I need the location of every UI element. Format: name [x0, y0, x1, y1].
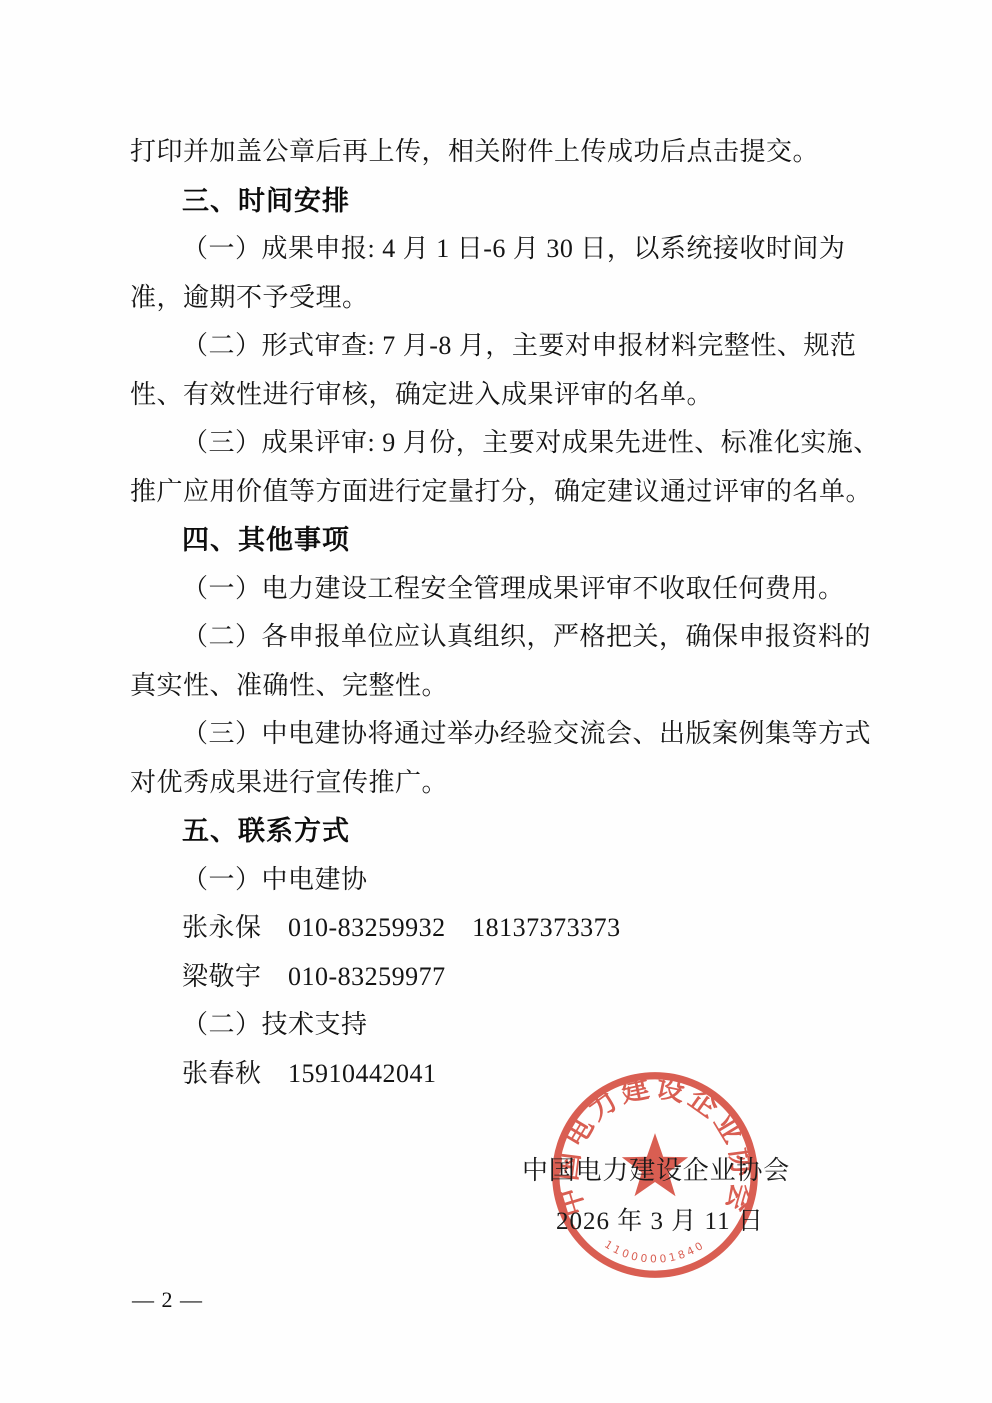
document-line: 打印并加盖公章后再上传，相关附件上传成功后点击提交。: [130, 128, 882, 177]
document-line: （二）技术支持: [130, 1001, 882, 1050]
document-line: （三）中电建协将通过举办经验交流会、出版案例集等方式: [130, 710, 882, 759]
document-line: 性、有效性进行审核，确定进入成果评审的名单。: [130, 371, 882, 420]
document-line: （三）成果评审: 9 月份，主要对成果先进性、标准化实施、: [130, 419, 882, 468]
document-line: （一）成果申报: 4 月 1 日-6 月 30 日，以系统接收时间为: [130, 225, 882, 274]
section-heading-4: 四、其他事项: [130, 516, 882, 565]
document-line: （二）形式审查: 7 月-8 月，主要对申报材料完整性、规范: [130, 322, 882, 371]
document-line: （二）各申报单位应认真组织，严格把关，确保申报资料的: [130, 613, 882, 662]
document-page: 打印并加盖公章后再上传，相关附件上传成功后点击提交。 三、时间安排 （一）成果申…: [0, 0, 992, 1403]
document-body: 打印并加盖公章后再上传，相关附件上传成功后点击提交。 三、时间安排 （一）成果申…: [130, 128, 882, 1098]
contact-line: 张永保 010-83259932 18137373373: [130, 904, 882, 953]
document-line: （一）中电建协: [130, 856, 882, 905]
signature-date: 2026 年 3 月 11 日: [556, 1201, 764, 1237]
document-line: 真实性、准确性、完整性。: [130, 662, 882, 711]
document-line: 对优秀成果进行宣传推广。: [130, 759, 882, 808]
contact-line: 张春秋 15910442041: [130, 1050, 882, 1099]
document-line: （一）电力建设工程安全管理成果评审不收取任何费用。: [130, 565, 882, 614]
contact-line: 梁敬宇 010-83259977: [130, 953, 882, 1002]
section-heading-5: 五、联系方式: [130, 807, 882, 856]
page-number: — 2 —: [132, 1287, 203, 1313]
signature-org-name: 中国电力建设企业协会: [522, 1150, 790, 1187]
document-line: 准，逾期不予受理。: [130, 274, 882, 323]
section-heading-3: 三、时间安排: [130, 177, 882, 226]
document-line: 推广应用价值等方面进行定量打分，确定建议通过评审的名单。: [130, 468, 882, 517]
